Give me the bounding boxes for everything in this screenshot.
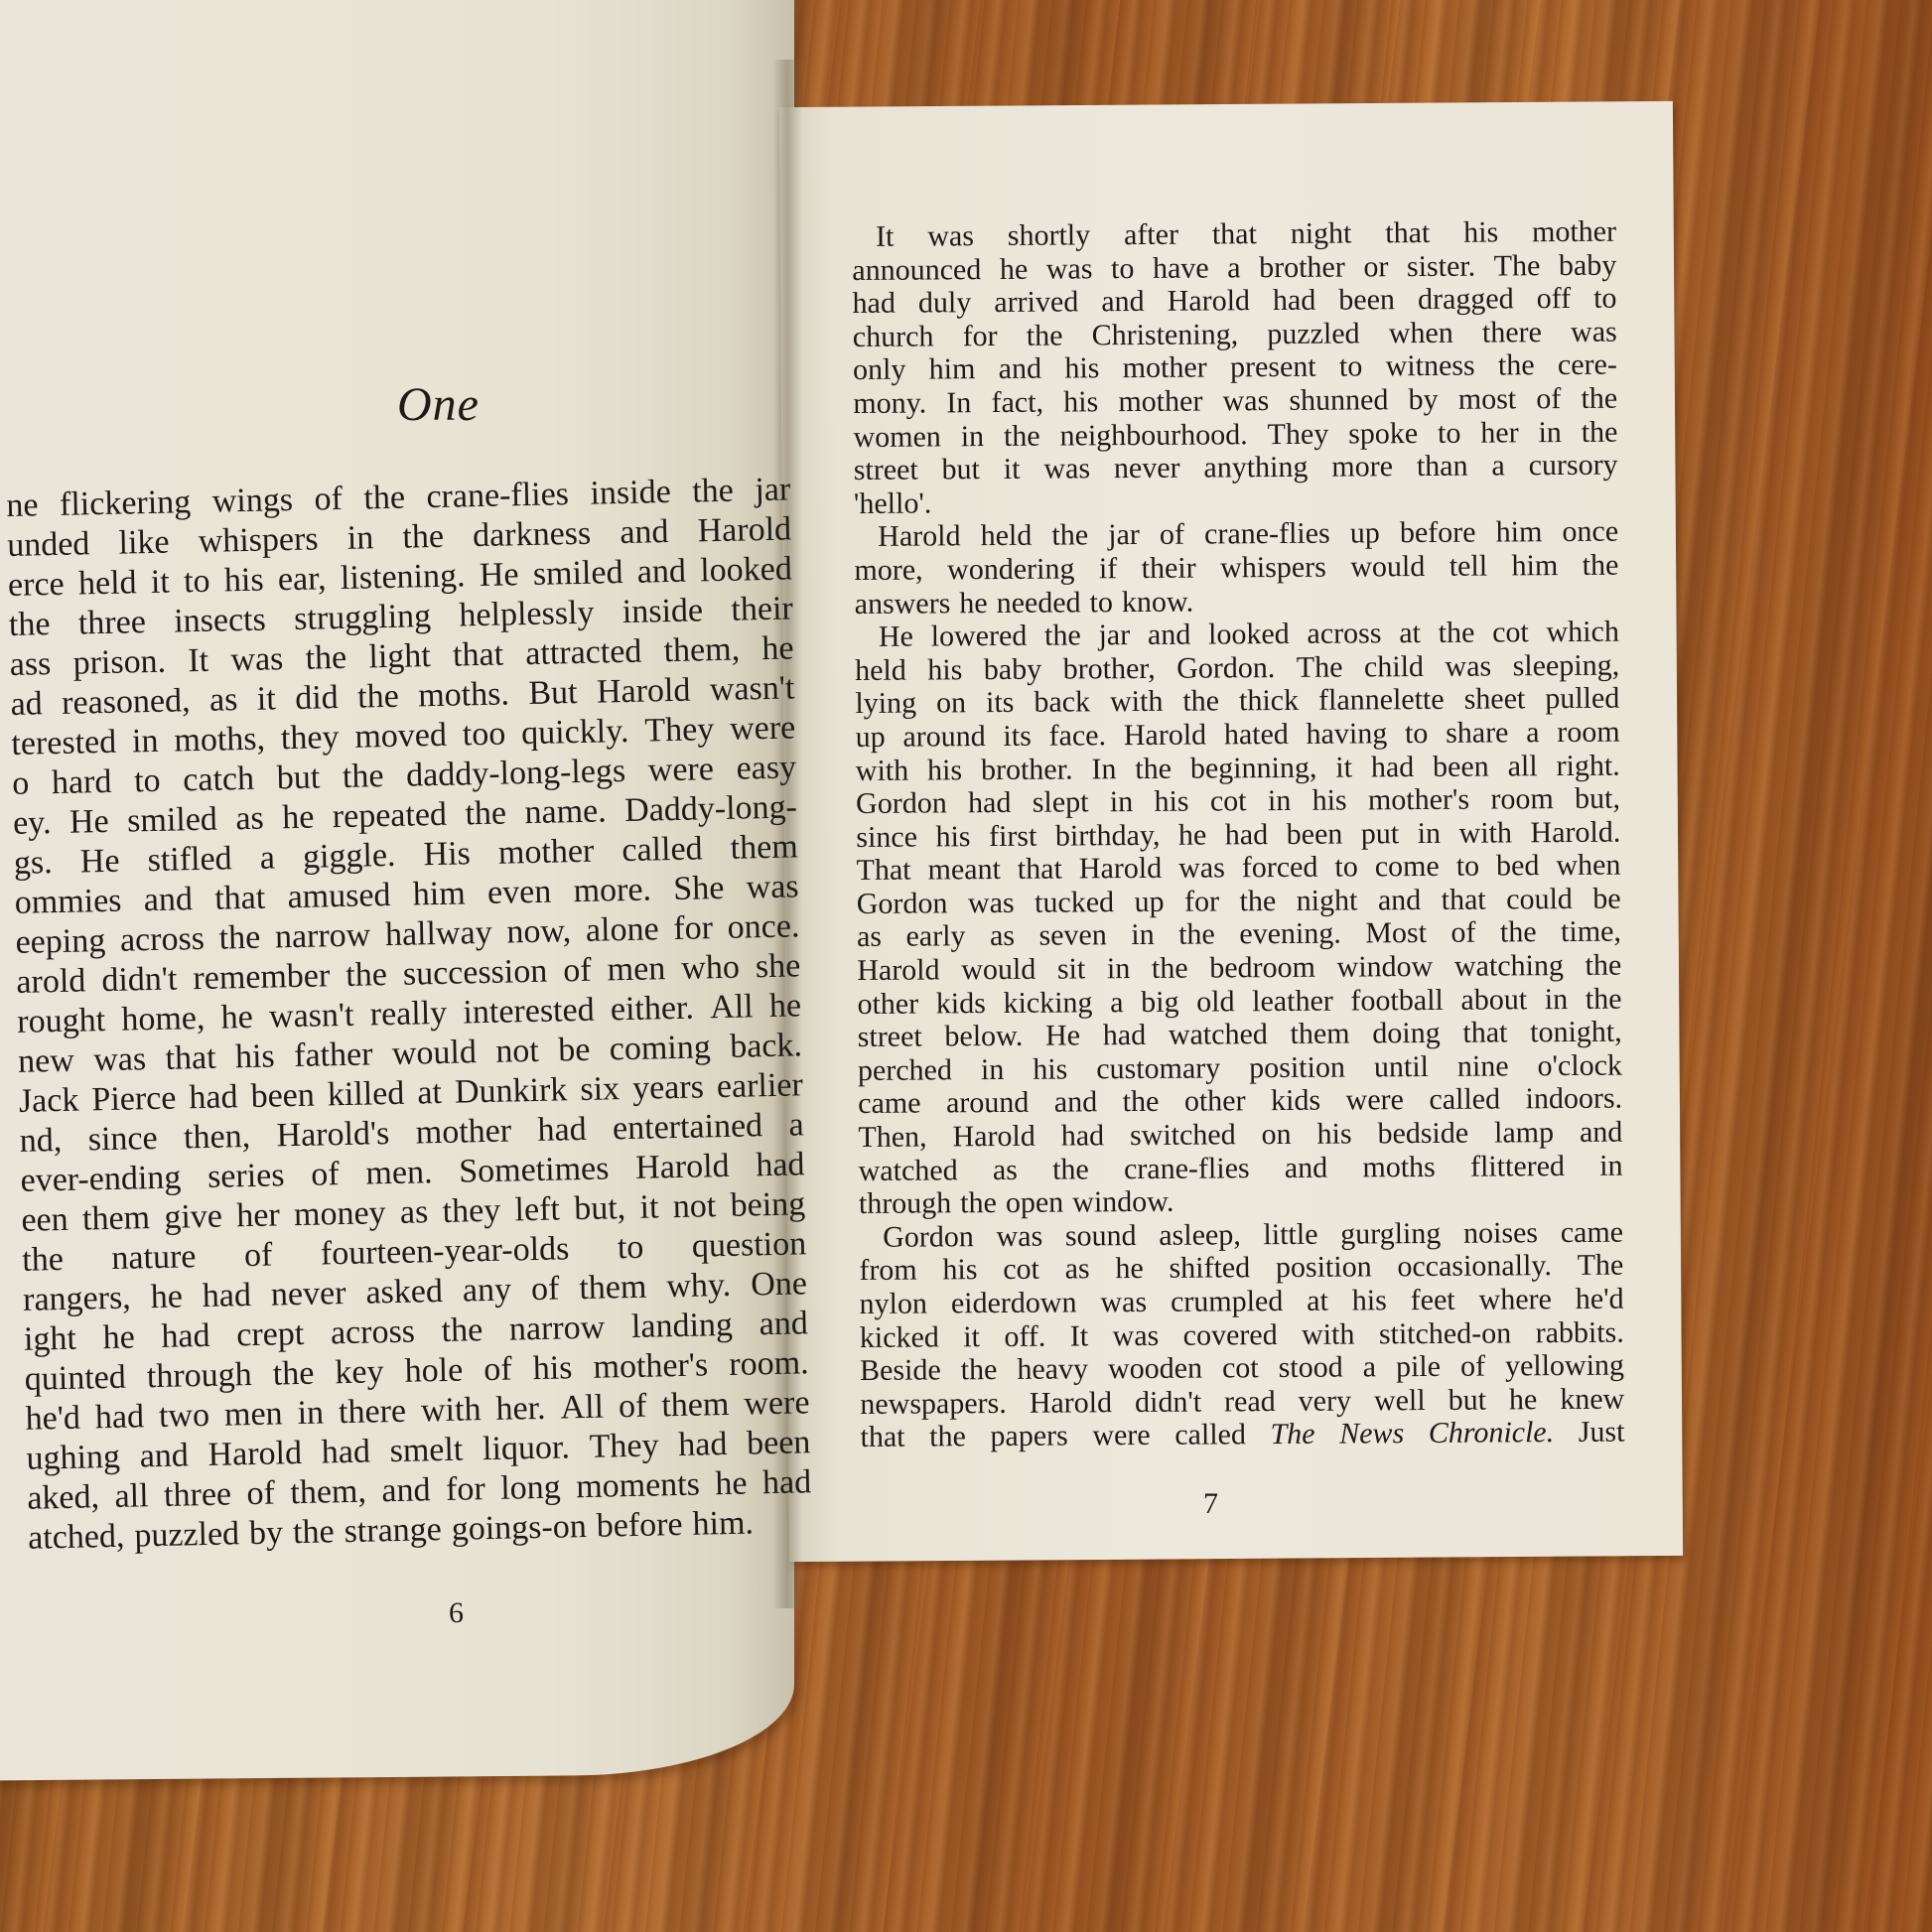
text-line: more,wonderingiftheirwhisperswouldtellhi… (854, 549, 1618, 588)
text-line: Haroldwouldsitinthebedroomwindowwatching… (857, 949, 1621, 988)
text-line: kickeditoff.Itwascoveredwithstitched-onr… (860, 1315, 1624, 1354)
text-line: streetbelow.Hehadwatchedthemdoingthatton… (858, 1016, 1622, 1054)
text-line: camearoundandtheotherkidswerecalledindoo… (858, 1082, 1622, 1121)
text-line: Gordonwastuckedupforthenightandthatcould… (857, 882, 1621, 920)
text-line: sincehisfirstbirthday,hehadbeenputinwith… (856, 815, 1620, 854)
text-line: announcedhewastohaveabrotherorsister.The… (852, 248, 1616, 287)
text-line: perchedinhiscustomarypositionuntilnineo'… (858, 1048, 1622, 1087)
text-line: thatthepaperswerecalledTheNewsChronicle.… (860, 1416, 1624, 1454)
text-line: lyingonitsbackwiththethickflanneletteshe… (855, 682, 1619, 721)
text-line: heldhisbabybrother,Gordon.Thechildwassle… (855, 648, 1619, 687)
text-line: otherkidskickingabigoldleatherfootballab… (857, 982, 1621, 1021)
text-line: Haroldheldthejarofcrane-fliesupbeforehim… (854, 515, 1618, 554)
text-line: ThatmeantthatHaroldwasforcedtocometobedw… (856, 849, 1620, 888)
text-line: throughtheopenwindow. (859, 1182, 1623, 1221)
text-line: Itwasshortlyafterthatnightthathismother (852, 215, 1616, 254)
text-line: onlyhimandhismotherpresenttowitnessthece… (853, 348, 1617, 387)
text-line: uparounditsface.Haroldhatedhavingtoshare… (856, 716, 1620, 755)
text-line: haddulyarrivedandHaroldhadbeendraggedoff… (852, 282, 1616, 321)
text-line: churchfortheChristening,puzzledwhenthere… (853, 315, 1617, 353)
right-page-body: Itwasshortlyafterthatnightthathismothera… (852, 215, 1625, 1454)
page-number-left: 6 (449, 1596, 464, 1630)
left-page-body: neflickeringwingsofthecrane-fliesinsidet… (6, 470, 812, 1558)
text-line: 'hello'. (854, 482, 1618, 520)
text-line: newspapers.Harolddidn'treadverywellbuthe… (860, 1382, 1624, 1421)
text-line: Gordonhadsleptinhiscotinhismother'sroomb… (856, 782, 1620, 821)
text-line: mony.Infact,hismotherwasshunnedbymostoft… (853, 382, 1617, 421)
text-line: watchedasthecrane-fliesandmothsflittered… (859, 1149, 1623, 1187)
text-line: withhisbrother.Inthebeginning,ithadbeena… (856, 749, 1620, 787)
text-line: Besidetheheavywoodencotstoodapileofyello… (860, 1349, 1624, 1388)
text-line: Heloweredthejarandlookedacrossatthecotwh… (855, 616, 1619, 654)
text-line: Gordonwassoundasleep,littlegurglingnoise… (859, 1215, 1623, 1254)
text-line: asearlyassevenintheevening.Mostofthetime… (857, 915, 1621, 954)
text-line: streetbutitwasneveranythingmorethanacurs… (854, 449, 1618, 487)
text-line: womenintheneighbourhood.Theyspoketoherin… (853, 415, 1617, 454)
text-line: answersheneededtoknow. (855, 582, 1619, 621)
text-line: fromhiscotasheshiftedpositionoccasionall… (859, 1249, 1623, 1288)
text-line: Then,Haroldhadswitchedonhisbedsidelampan… (858, 1116, 1622, 1155)
page-number-right: 7 (1203, 1487, 1218, 1521)
chapter-title: One (397, 377, 480, 432)
text-line: nyloneiderdownwascrumpledathisfeetwhereh… (860, 1283, 1624, 1321)
